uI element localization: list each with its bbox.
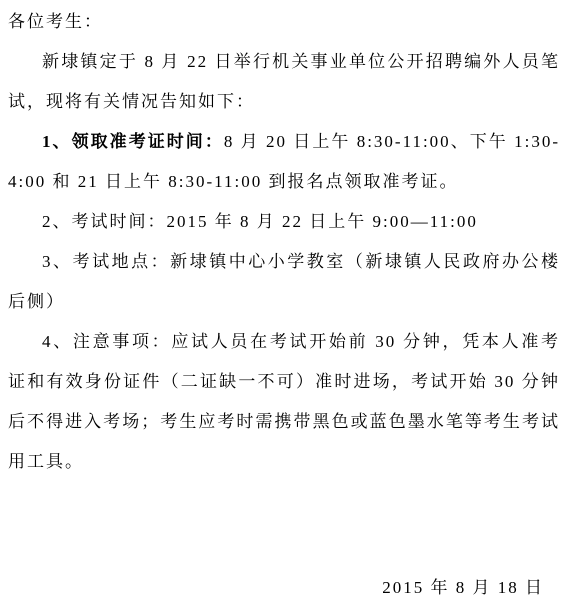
issue-date: 2015 年 8 月 18 日 — [8, 568, 560, 607]
notice-item-4: 4、注意事项：应试人员在考试开始前 30 分钟，凭本人准考证和有效身份证件（二证… — [8, 322, 560, 482]
item-4-number: 4、 — [42, 332, 73, 351]
salutation: 各位考生： — [8, 2, 560, 42]
notice-item-1: 1、领取准考证时间：8 月 20 日上午 8:30-11:00、下午 1:30-… — [8, 122, 560, 202]
notice-item-2: 2、考试时间：2015 年 8 月 22 日上午 9:00—11:00 — [8, 202, 560, 242]
item-4-heading: 注意事项： — [73, 332, 171, 351]
item-3-heading: 考试地点： — [73, 252, 171, 271]
notice-document: 各位考生： 新埭镇定于 8 月 22 日举行机关事业单位公开招聘编外人员笔试，现… — [0, 0, 578, 607]
notice-item-3: 3、考试地点：新埭镇中心小学教室（新埭镇人民政府办公楼后侧） — [8, 242, 560, 322]
item-3-number: 3、 — [42, 252, 73, 271]
intro-paragraph: 新埭镇定于 8 月 22 日举行机关事业单位公开招聘编外人员笔试，现将有关情况告… — [8, 42, 560, 122]
item-1-number: 1、 — [42, 132, 72, 151]
item-4-body: 应试人员在考试开始前 30 分钟，凭本人准考证和有效身份证件（二证缺一不可）准时… — [8, 332, 560, 471]
item-2-body: 2015 年 8 月 22 日上午 9:00—11:00 — [167, 212, 478, 231]
item-1-heading: 领取准考证时间： — [72, 132, 224, 151]
item-2-heading: 考试时间： — [72, 212, 167, 231]
item-2-number: 2、 — [42, 212, 72, 231]
